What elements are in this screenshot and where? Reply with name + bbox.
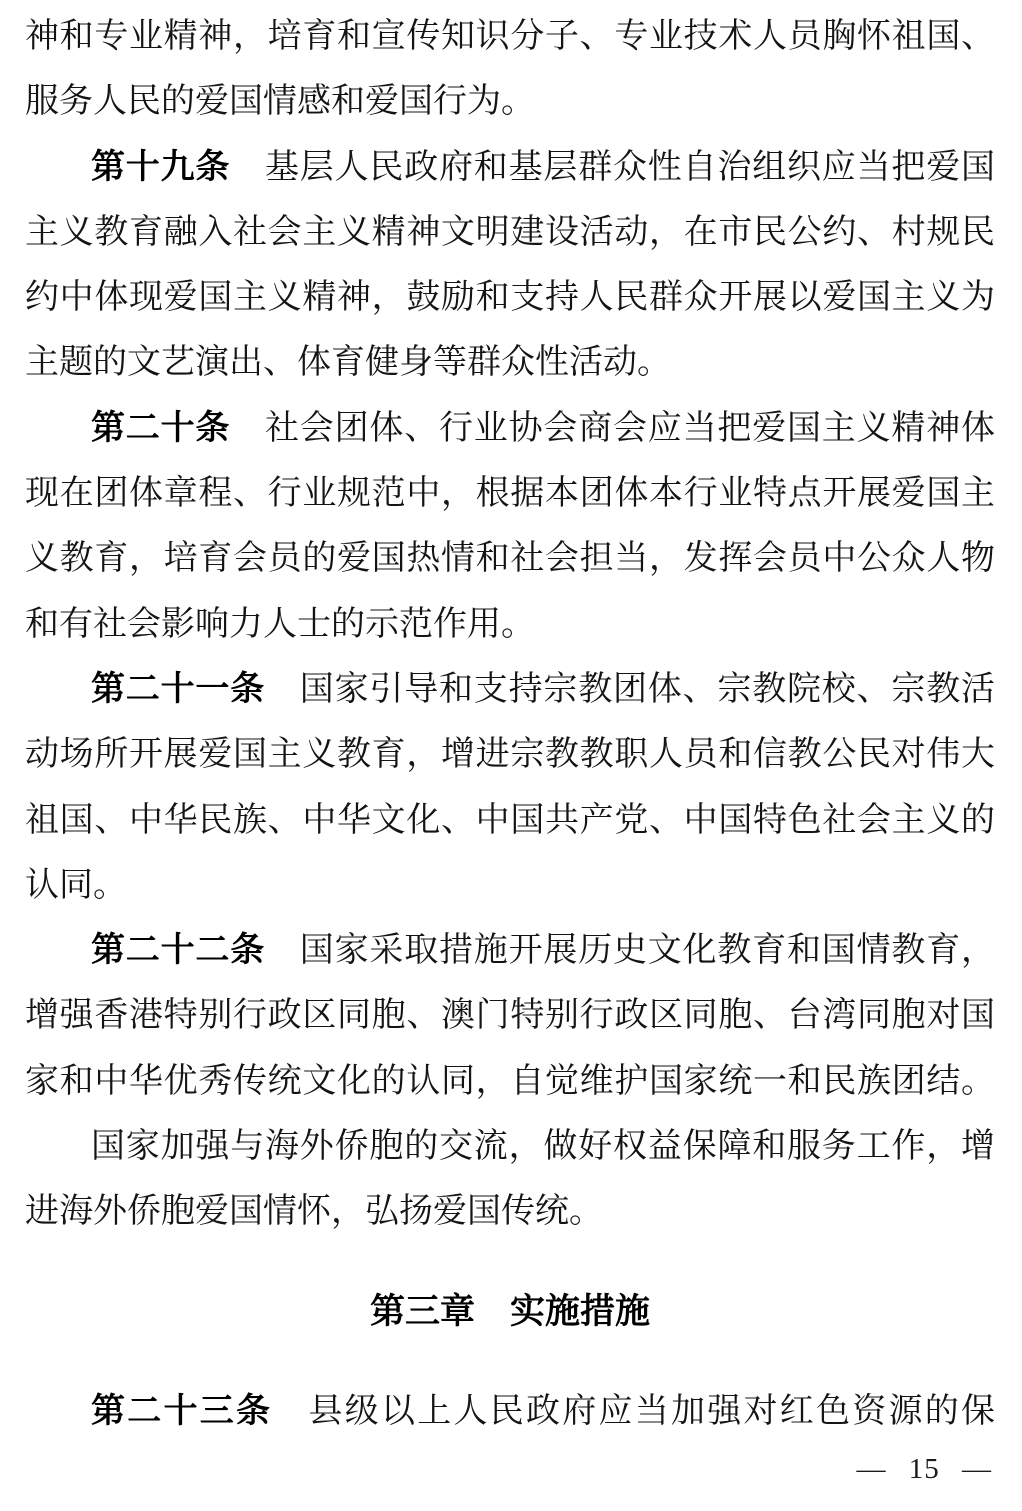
- text-line: 第二十二条 国家采取措施开展历史文化教育和国情教育，: [25, 918, 995, 983]
- text-line: 国家加强与海外侨胞的交流，做好权益保障和服务工作，增: [25, 1114, 995, 1179]
- article-number: 第十九条: [91, 148, 230, 186]
- article-number: 第二十二条: [91, 931, 265, 969]
- article-number: 第二十三条: [91, 1392, 272, 1430]
- text-line: 动场所开展爱国主义教育，增进宗教教职人员和信教公民对伟大: [25, 722, 995, 787]
- document-body: 神和专业精神，培育和宣传知识分子、专业技术人员胸怀祖国、服务人民的爱国情感和爱国…: [25, 4, 995, 1444]
- text-line: 增强香港特别行政区同胞、澳门特别行政区同胞、台湾同胞对国: [25, 983, 995, 1048]
- article-number: 第二十条: [91, 409, 230, 447]
- text-line: 主题的文艺演出、体育健身等群众性活动。: [25, 330, 995, 395]
- chapter-heading: 第三章 实施措施: [25, 1279, 995, 1344]
- text-line: 约中体现爱国主义精神，鼓励和支持人民群众开展以爱国主义为: [25, 265, 995, 330]
- text-line: 和有社会影响力人士的示范作用。: [25, 592, 995, 657]
- text-line: 家和中华优秀传统文化的认同，自觉维护国家统一和民族团结。: [25, 1049, 995, 1114]
- document-page: 神和专业精神，培育和宣传知识分子、专业技术人员胸怀祖国、服务人民的爱国情感和爱国…: [0, 0, 1022, 1511]
- text-line: 进海外侨胞爱国情怀，弘扬爱国传统。: [25, 1179, 995, 1244]
- text-line: 神和专业精神，培育和宣传知识分子、专业技术人员胸怀祖国、: [25, 4, 995, 69]
- text-line: 第二十三条 县级以上人民政府应当加强对红色资源的保: [25, 1379, 995, 1444]
- text-line: 认同。: [25, 853, 995, 918]
- text-line: 主义教育融入社会主义精神文明建设活动，在市民公约、村规民: [25, 200, 995, 265]
- article-number: 第二十一条: [91, 670, 265, 708]
- text-line: 服务人民的爱国情感和爱国行为。: [25, 69, 995, 134]
- text-line: 第十九条 基层人民政府和基层群众性自治组织应当把爱国: [25, 135, 995, 200]
- text-line: 现在团体章程、行业规范中，根据本团体本行业特点开展爱国主: [25, 461, 995, 526]
- text-line: 祖国、中华民族、中华文化、中国共产党、中国特色社会主义的: [25, 788, 995, 853]
- text-line: 第二十条 社会团体、行业协会商会应当把爱国主义精神体: [25, 396, 995, 461]
- text-line: 第二十一条 国家引导和支持宗教团体、宗教院校、宗教活: [25, 657, 995, 722]
- text-line: 义教育，培育会员的爱国热情和社会担当，发挥会员中公众人物: [25, 526, 995, 591]
- page-number: — 15 —: [857, 1453, 993, 1486]
